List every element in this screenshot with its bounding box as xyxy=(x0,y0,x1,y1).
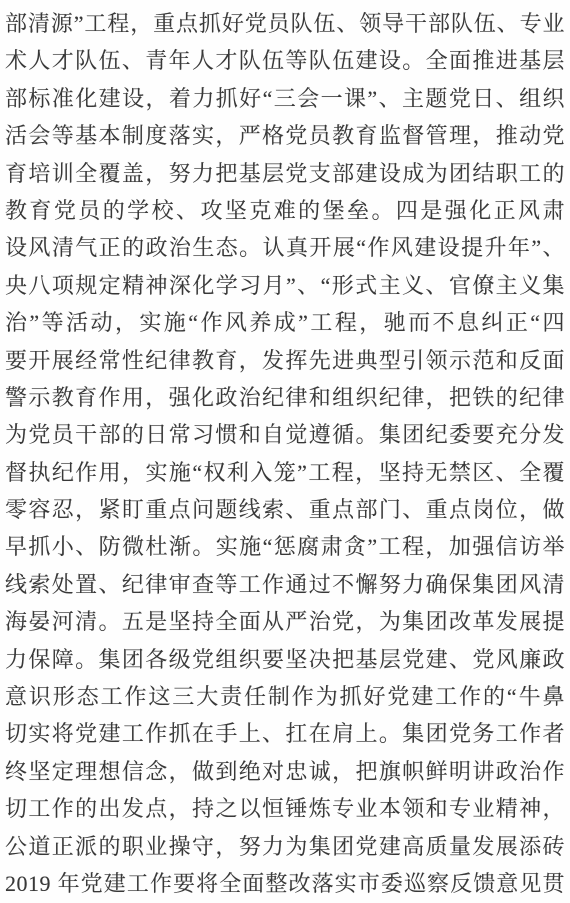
text-line: 育培训全覆盖，努力把基层党支部建设成为团结职工的核心、 xyxy=(5,155,565,192)
document-page: 部清源”工程，重点抓好党员队伍、领导干部队伍、专业技术人才队伍、青年人才队伍等队… xyxy=(0,0,570,903)
text-line: 早抓小、防微杜渐。实施“惩腐肃贪”工程，加强信访举报、 xyxy=(5,528,565,565)
text-line: 警示教育作用，强化政治纪律和组织纪律，把铁的纪律转化 xyxy=(5,379,565,416)
text-line: 要开展经常性纪律教育，发挥先进典型引领示范和反面典型 xyxy=(5,342,565,379)
text-line: 部清源”工程，重点抓好党员队伍、领导干部队伍、专业技 xyxy=(5,5,565,42)
text-body: 部清源”工程，重点抓好党员队伍、领导干部队伍、专业技术人才队伍、青年人才队伍等队… xyxy=(5,5,565,902)
text-line: 终坚定理想信念，做到绝对忠诚，把旗帜鲜明讲政治作为一 xyxy=(5,753,565,790)
text-line: 切实将党建工作抓在手上、扛在肩上。集团党务工作者要始 xyxy=(5,715,565,752)
text-line: 切工作的出发点，持之以恒锤炼专业本领和专业精神，严守 xyxy=(5,790,565,827)
text-line: 治”等活动，实施“作风养成”工程，驰而不息纠正“四风”。 xyxy=(5,304,565,341)
text-line: 公道正派的职业操守，努力为集团党建高质量发展添砖加瓦。 xyxy=(5,828,565,865)
text-line: 为党员干部的日常习惯和自觉遵循。集团纪委要充分发挥监 xyxy=(5,416,565,453)
text-line: 央八项规定精神深化学习月”、“形式主义、官僚主义集中整 xyxy=(5,267,565,304)
text-line: 海晏河清。五是坚持全面从严治党，为集团改革发展提供有 xyxy=(5,603,565,640)
text-line: 教育党员的学校、攻坚克难的堡垒。四是强化正风肃纪，建 xyxy=(5,192,565,229)
text-line: 部标准化建设，着力抓好“三会一课”、主题党日、组织生 xyxy=(5,80,565,117)
text-line: 2019 年党建工作要将全面整改落实市委巡察反馈意见贯穿 xyxy=(5,865,565,902)
text-line: 力保障。集团各级党组织要坚决把基层党建、党风廉政建设、 xyxy=(5,641,565,678)
text-line: 线索处置、纪律审查等工作通过不懈努力确保集团风清气正、 xyxy=(5,566,565,603)
text-line: 术人才队伍、青年人才队伍等队伍建设。全面推进基层党支 xyxy=(5,42,565,79)
text-line: 意识形态工作这三大责任制作为抓好党建工作的“牛鼻子”， xyxy=(5,678,565,715)
text-line: 活会等基本制度落实，严格党员教育监督管理，推动党员教 xyxy=(5,117,565,154)
text-line: 零容忍，紧盯重点问题线索、重点部门、重点岗位，做到抓 xyxy=(5,491,565,528)
text-line: 设风清气正的政治生态。认真开展“作风建设提升年”、“中 xyxy=(5,229,565,266)
text-line: 督执纪作用，实施“权利入笼”工程，坚持无禁区、全覆盖、 xyxy=(5,454,565,491)
